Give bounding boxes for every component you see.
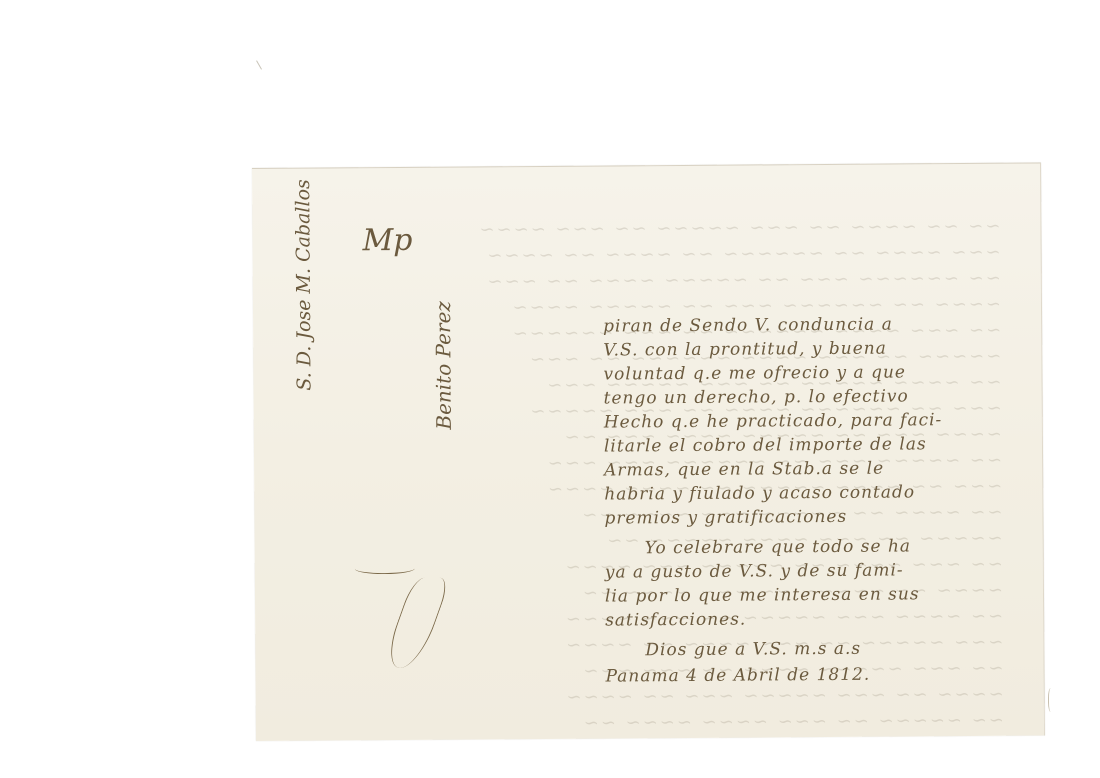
scan-artifact-mark — [256, 56, 269, 69]
body-line: satisfacciones. — [605, 610, 746, 631]
body-line: lia por lo que me interesa en sus — [605, 584, 920, 606]
signature: Benito Perez — [431, 301, 456, 430]
body-line: tengo un derecho, p. lo efectivo — [604, 386, 909, 408]
closing-line: Dios gue a V.S. m.s a.s — [645, 639, 861, 661]
salutation-mark: Mp — [362, 223, 412, 258]
body-line: habria y fiulado y acaso contado — [604, 482, 915, 504]
body-line: Hecho q.e he practicado, para faci- — [604, 410, 943, 432]
body-line: premios y gratificaciones — [604, 507, 847, 529]
body-line: Yo celebrare que todo se ha — [645, 536, 911, 558]
body-line: Armas, que en la Stab.a se le — [604, 459, 884, 481]
scan-artifact-mark — [1048, 688, 1055, 712]
body-line: piran de Sendo V. conduncia a — [603, 315, 893, 337]
date-line: Panama 4 de Abril de 1812. — [605, 665, 870, 687]
body-line: V.S. con la prontitud, y buena — [603, 339, 887, 361]
body-line: voluntad q.e me ofrecio y a que — [603, 362, 906, 384]
body-line: ya a gusto de V.S. y de su fami- — [605, 560, 904, 582]
body-line: litarle el cobro del importe de las — [604, 434, 927, 456]
addressee-line: S. D. Jose M. Caballos — [292, 179, 315, 391]
manuscript-page: ~~ ~~ ~~~~ ~~ ~~~ ~~~~~ ~~ ~~~ ~~~~ ~~~ … — [252, 162, 1045, 740]
